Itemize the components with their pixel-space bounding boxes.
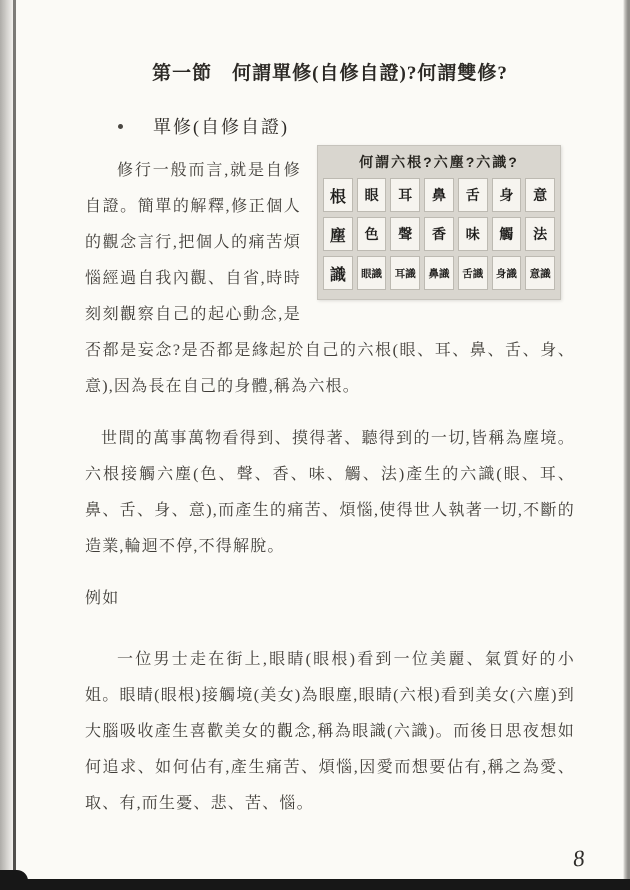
figure-cell: 耳 (390, 178, 420, 212)
section-title: 第一節 何謂單修(自修自證)?何謂雙修? (85, 58, 575, 85)
subheading: 單修(自修自證) (85, 113, 575, 139)
figure-title: 何謂六根?六塵?六識? (323, 152, 555, 172)
figure-cell: 識 (323, 256, 353, 290)
figure-cell: 塵 (323, 217, 353, 251)
figure-cell: 舌 (458, 178, 488, 212)
example-label: 例如 (85, 585, 575, 608)
scan-edge-right (623, 0, 630, 879)
figure-cell: 觸 (492, 217, 522, 251)
figure-cell: 鼻識 (424, 256, 454, 290)
page-number: 8 (572, 846, 586, 873)
figure-cell: 意識 (525, 256, 555, 290)
figure-cell: 鼻 (424, 178, 454, 212)
figure-cell: 聲 (390, 217, 420, 251)
scan-edge-bottom (0, 879, 630, 890)
figure-cell: 身識 (492, 256, 522, 290)
figure-cell: 意 (525, 178, 555, 212)
subheading-label: 單修(自修自證) (153, 113, 289, 139)
main-content: 第一節 何謂單修(自修自證)?何謂雙修? 單修(自修自證) 何謂六根?六塵?六識… (85, 0, 575, 822)
figure-cell: 法 (525, 217, 555, 251)
figure-cell: 舌識 (458, 256, 488, 290)
figure-cell: 眼識 (357, 256, 387, 290)
six-categories-figure: 何謂六根?六塵?六識? 根眼耳鼻舌身意塵色聲香味觸法識眼識耳識鼻識舌識身識意識 (317, 145, 561, 300)
figure-cell: 身 (492, 178, 522, 212)
figure-grid: 根眼耳鼻舌身意塵色聲香味觸法識眼識耳識鼻識舌識身識意識 (323, 178, 555, 290)
figure-cell: 香 (424, 217, 454, 251)
figure-cell: 耳識 (390, 256, 420, 290)
figure-cell: 根 (323, 178, 353, 212)
scan-binding-line (13, 0, 16, 880)
scanned-page: 第一節 何謂單修(自修自證)?何謂雙修? 單修(自修自證) 何謂六根?六塵?六識… (0, 0, 630, 890)
figure-cell: 色 (357, 217, 387, 251)
paragraph-dust: 世間的萬事萬物看得到、摸得著、聽得到的一切,皆稱為塵境。六根接觸六塵(色、聲、香… (85, 421, 575, 565)
figure-cell: 味 (458, 217, 488, 251)
bullet-icon (118, 124, 123, 129)
paragraph-example: 一位男士走在街上,眼睛(眼根)看到一位美麗、氣質好的小姐。眼睛(眼根)接觸境(美… (85, 642, 575, 822)
figure-cell: 眼 (357, 178, 387, 212)
